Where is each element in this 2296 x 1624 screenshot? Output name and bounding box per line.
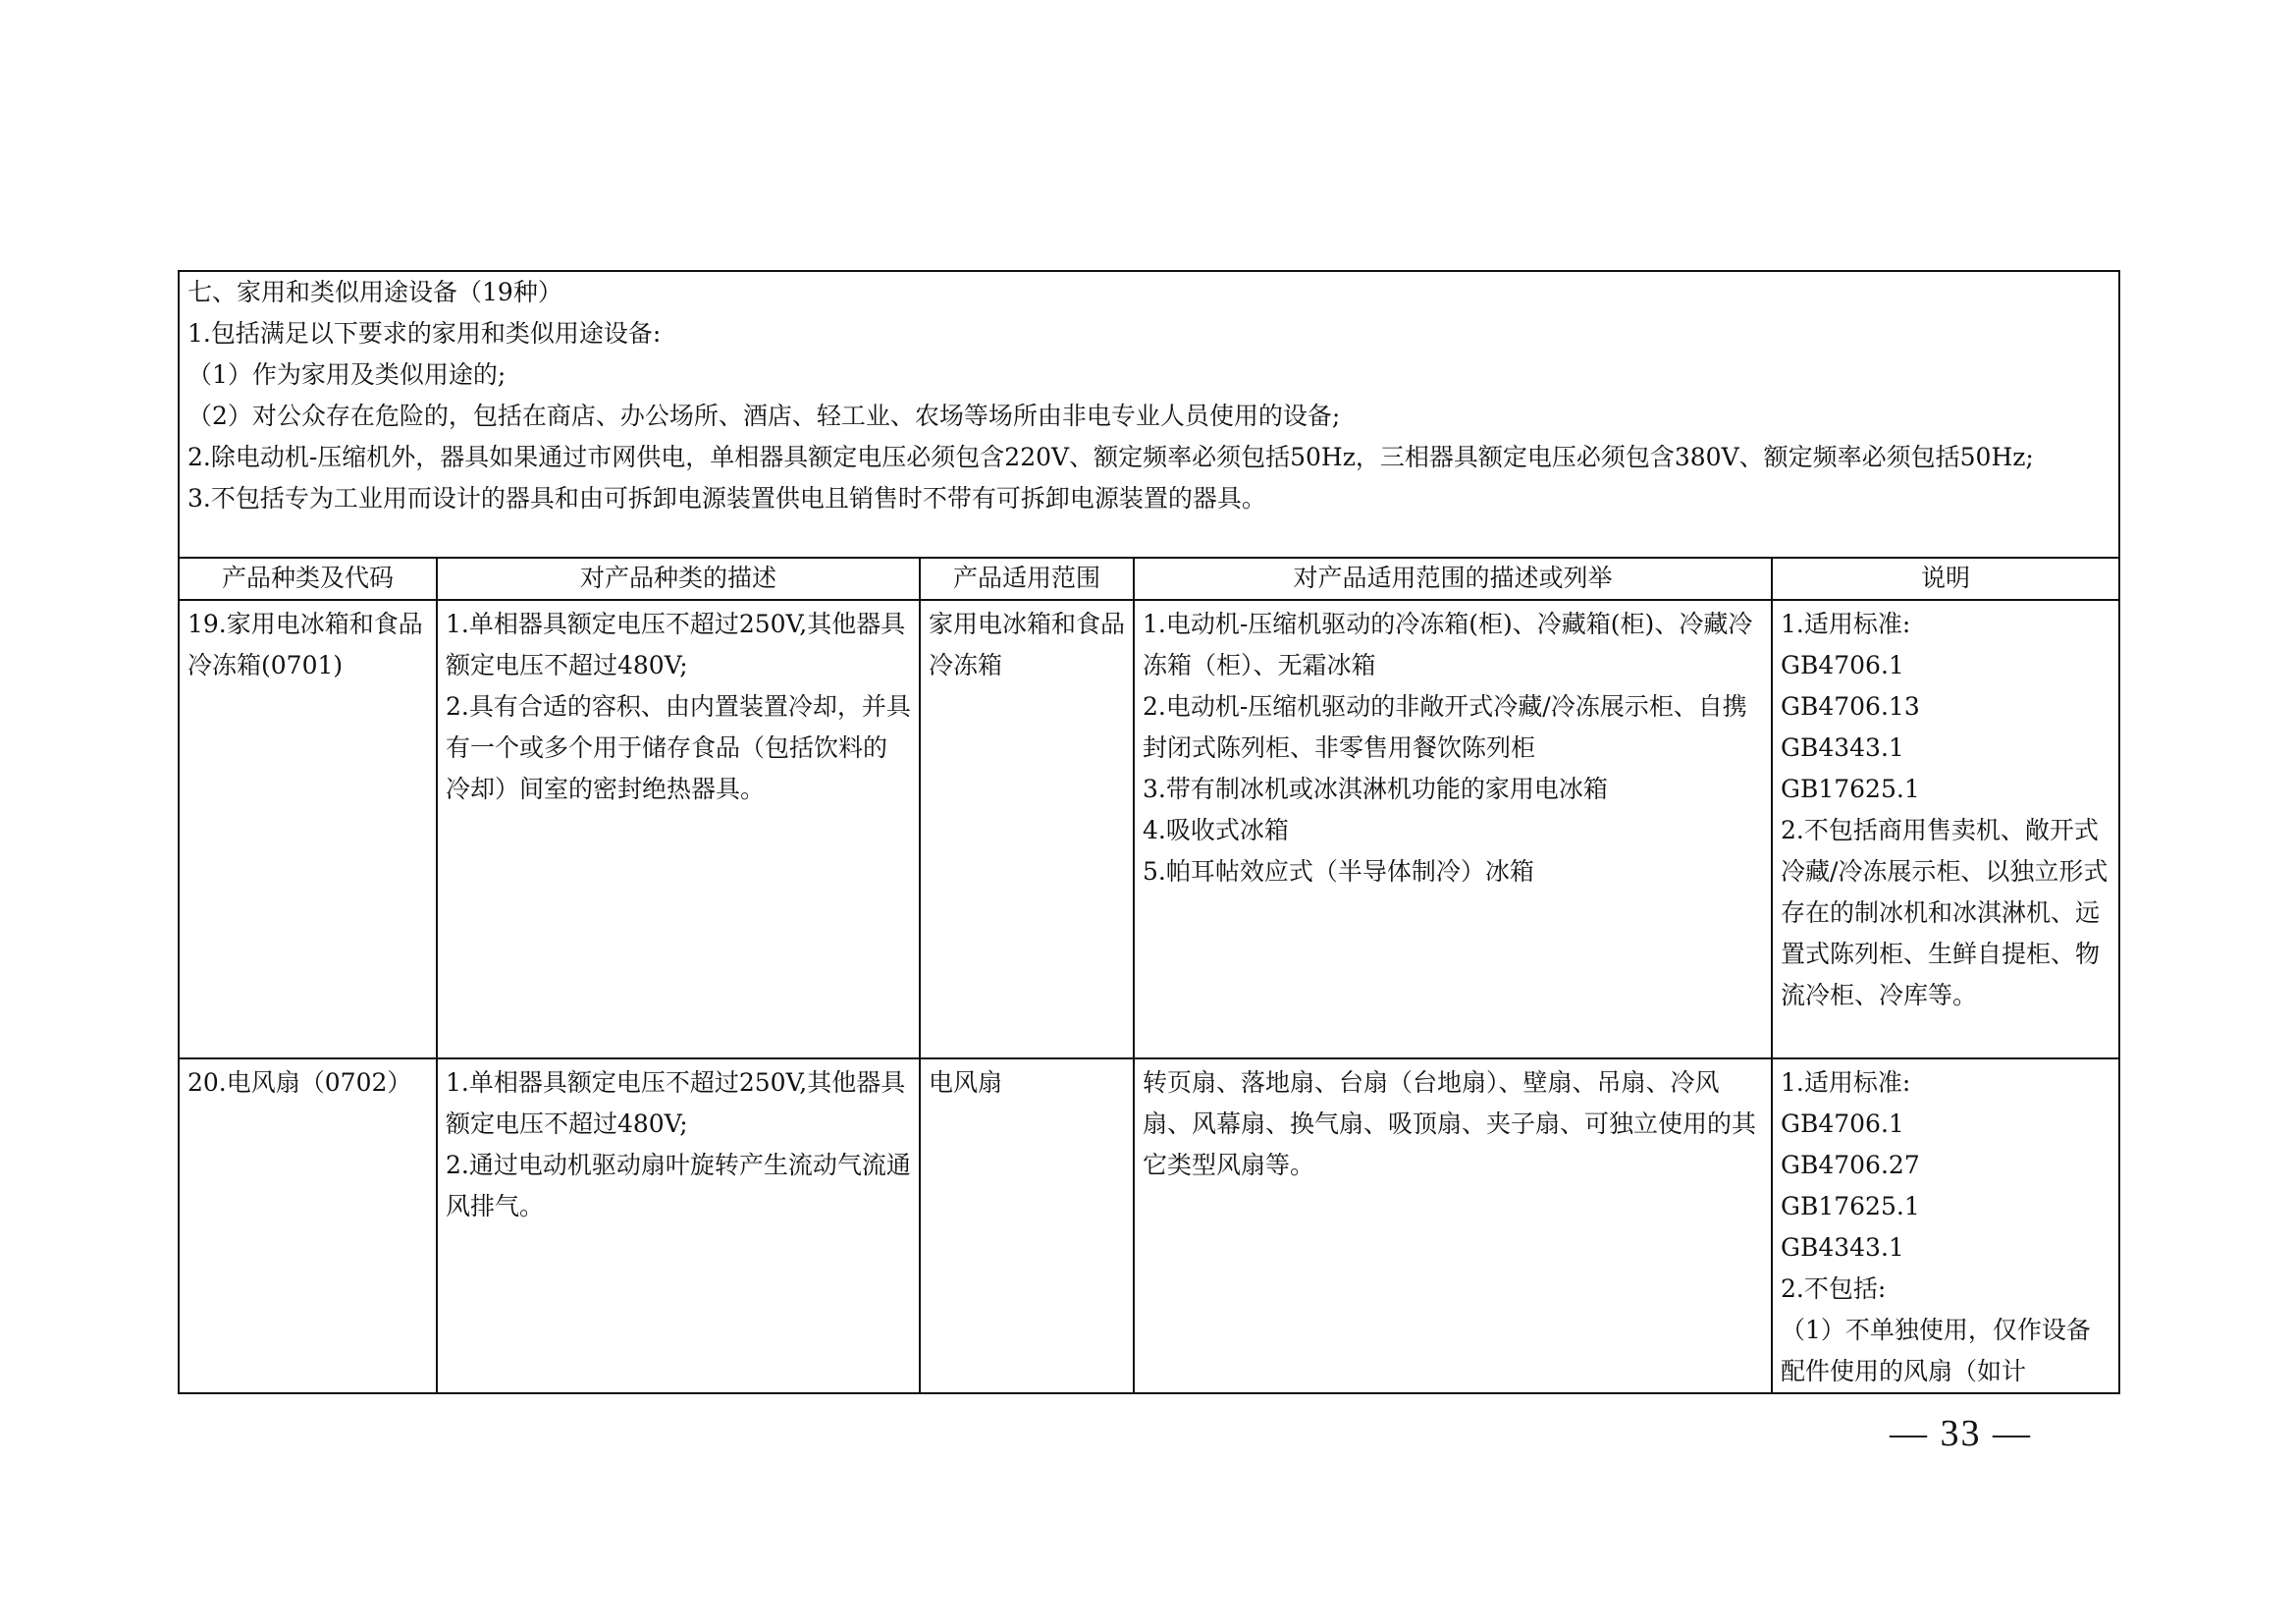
description-line: 1.单相器具额定电压不超过250V,其他器具额定电压不超过480V;: [446, 1062, 911, 1145]
standard-code: GB4706.1: [1781, 1104, 2110, 1145]
table-header-row: 产品种类及代码 对产品种类的描述 产品适用范围 对产品适用范围的描述或列举 说明: [179, 558, 2119, 600]
product-catalog-table: 七、家用和类似用途设备（19种） 1.包括满足以下要求的家用和类似用途设备: （…: [178, 270, 2120, 1394]
scope-cell: 家用电冰箱和食品冷冻箱: [920, 600, 1134, 1058]
scope-item: 4.吸收式冰箱: [1143, 810, 1763, 851]
category-cell: 20.电风扇（0702）: [179, 1058, 437, 1393]
scope-item: 5.帕耳帖效应式（半导体制冷）冰箱: [1143, 851, 1763, 893]
column-header: 产品种类及代码: [179, 558, 437, 600]
description-cell: 1.单相器具额定电压不超过250V,其他器具额定电压不超过480V; 2.具有合…: [437, 600, 920, 1058]
standard-code: GB4706.13: [1781, 686, 2110, 728]
page-number: — 33 —: [1890, 1412, 2032, 1455]
intro-line: 3.不包括专为工业用而设计的器具和由可拆卸电源装置供电且销售时不带有可拆卸电源装…: [187, 478, 2110, 519]
intro-line: （1）作为家用及类似用途的;: [187, 354, 2110, 396]
standard-code: GB4706.27: [1781, 1145, 2110, 1186]
section-title: 七、家用和类似用途设备（19种）: [187, 272, 2110, 313]
section-intro: 七、家用和类似用途设备（19种） 1.包括满足以下要求的家用和类似用途设备: （…: [179, 271, 2119, 558]
intro-line: （2）对公众存在危险的，包括在商店、办公场所、酒店、轻工业、农场等场所由非电专业…: [187, 396, 2110, 437]
column-header: 对产品种类的描述: [437, 558, 920, 600]
description-cell: 1.单相器具额定电压不超过250V,其他器具额定电压不超过480V; 2.通过电…: [437, 1058, 920, 1393]
notes-cell: 1.适用标准: GB4706.1 GB4706.27 GB17625.1 GB4…: [1772, 1058, 2119, 1393]
standard-code: GB17625.1: [1781, 1186, 2110, 1227]
note-line: 1.适用标准:: [1781, 1062, 2110, 1104]
description-line: 1.单相器具额定电压不超过250V,其他器具额定电压不超过480V;: [446, 604, 911, 686]
note-line: 1.适用标准:: [1781, 604, 2110, 645]
scope-list-cell: 转页扇、落地扇、台扇（台地扇）、壁扇、吊扇、冷风扇、风幕扇、换气扇、吸顶扇、夹子…: [1134, 1058, 1772, 1393]
scope-item: 3.带有制冰机或冰淇淋机功能的家用电冰箱: [1143, 769, 1763, 810]
standard-code: GB4343.1: [1781, 728, 2110, 769]
description-line: 2.具有合适的容积、由内置装置冷却，并具有一个或多个用于储存食品（包括饮料的冷却…: [446, 686, 911, 810]
standard-code: GB4706.1: [1781, 645, 2110, 686]
standard-code: GB17625.1: [1781, 769, 2110, 810]
notes-cell: 1.适用标准: GB4706.1 GB4706.13 GB4343.1 GB17…: [1772, 600, 2119, 1058]
column-header: 产品适用范围: [920, 558, 1134, 600]
scope-list-cell: 1.电动机-压缩机驱动的冷冻箱(柜)、冷藏箱(柜)、冷藏冷冻箱（柜）、无霜冰箱 …: [1134, 600, 1772, 1058]
column-header: 对产品适用范围的描述或列举: [1134, 558, 1772, 600]
standard-code: GB4343.1: [1781, 1227, 2110, 1269]
note-line: （1）不单独使用，仅作设备配件使用的风扇（如计: [1781, 1310, 2110, 1392]
scope-item: 2.电动机-压缩机驱动的非敞开式冷藏/冷冻展示柜、自携封闭式陈列柜、非零售用餐饮…: [1143, 686, 1763, 769]
scope-item: 1.电动机-压缩机驱动的冷冻箱(柜)、冷藏箱(柜)、冷藏冷冻箱（柜）、无霜冰箱: [1143, 604, 1763, 686]
note-line: 2.不包括:: [1781, 1269, 2110, 1310]
document-page: 七、家用和类似用途设备（19种） 1.包括满足以下要求的家用和类似用途设备: （…: [0, 0, 2296, 1624]
category-cell: 19.家用电冰箱和食品冷冻箱(0701): [179, 600, 437, 1058]
intro-line: 2.除电动机-压缩机外，器具如果通过市网供电，单相器具额定电压必须包含220V、…: [187, 437, 2110, 478]
scope-item: 转页扇、落地扇、台扇（台地扇）、壁扇、吊扇、冷风扇、风幕扇、换气扇、吸顶扇、夹子…: [1143, 1062, 1763, 1186]
note-line: 2.不包括商用售卖机、敞开式冷藏/冷冻展示柜、以独立形式存在的制冰机和冰淇淋机、…: [1781, 810, 2110, 1016]
column-header: 说明: [1772, 558, 2119, 600]
table-row: 19.家用电冰箱和食品冷冻箱(0701) 1.单相器具额定电压不超过250V,其…: [179, 600, 2119, 1058]
description-line: 2.通过电动机驱动扇叶旋转产生流动气流通风排气。: [446, 1145, 911, 1227]
table-row: 20.电风扇（0702） 1.单相器具额定电压不超过250V,其他器具额定电压不…: [179, 1058, 2119, 1393]
intro-line: 1.包括满足以下要求的家用和类似用途设备:: [187, 313, 2110, 354]
scope-cell: 电风扇: [920, 1058, 1134, 1393]
